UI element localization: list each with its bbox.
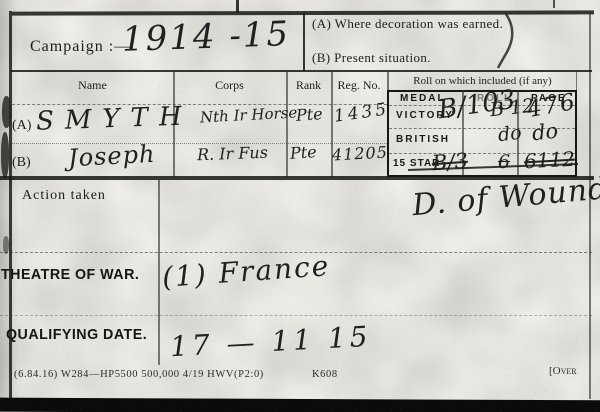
over-note: [Over xyxy=(549,365,577,377)
edge-tick-mark xyxy=(553,0,555,8)
corps-b-handwriting: R. Ir Fus xyxy=(197,145,268,163)
table-vline xyxy=(286,72,288,177)
print-code: (6.84.16) W284—HP5500 500,000 4/19 HWV(P… xyxy=(14,369,264,380)
reg-no-a-handwriting: 1435 xyxy=(333,101,390,126)
campaign-divider xyxy=(303,13,305,71)
action-taken-handwriting: D. of Wounds xyxy=(411,173,600,221)
roll-cell-right-border xyxy=(576,72,578,90)
surname-handwriting: SMYTH xyxy=(36,103,193,134)
note-a: (A) Where decoration was earned. xyxy=(312,16,503,32)
left-section-divider xyxy=(158,180,160,365)
col-header-corps: Corps xyxy=(173,78,286,93)
qualifying-date-label: QUALIFYING DATE. xyxy=(6,326,147,343)
col-header-reg-no: Reg. No. xyxy=(331,78,387,93)
ink-blotch xyxy=(1,132,9,178)
star-roll-handwriting: B/3 xyxy=(431,151,468,174)
campaign-label: Campaign :— xyxy=(30,38,131,56)
scan-bottom-band xyxy=(0,398,600,412)
theatre-of-war-label: THEATRE OF WAR. xyxy=(1,266,139,283)
medal-index-card-scan: Campaign :— 1914 -15 (A) Where decoratio… xyxy=(0,0,600,412)
row-a-marker: (A) xyxy=(12,118,31,134)
rank-a-handwriting: Pte xyxy=(295,106,323,124)
star-page-handwriting: 6112 xyxy=(524,149,576,172)
medal-row-british-label: BRITISH xyxy=(396,134,450,145)
british-roll-ditto-handwriting: do xyxy=(497,124,522,145)
roll-cell-left-border xyxy=(387,72,389,90)
star-roll2-handwriting: 6 xyxy=(498,153,510,172)
col-header-roll: Roll on which included (if any) xyxy=(390,75,575,87)
qualifying-date-handwriting: 17 — 11 15 xyxy=(169,323,372,362)
corps-a-handwriting: Nth Ir Horse xyxy=(200,105,298,125)
reg-no-b-handwriting: 41205 xyxy=(332,145,389,164)
col-header-name: Name xyxy=(12,78,173,93)
forename-handwriting: Joseph xyxy=(67,142,156,171)
print-code-2: K608 xyxy=(312,369,338,380)
card-behind-tab-mark xyxy=(236,0,239,13)
rank-b-handwriting: Pte xyxy=(289,144,317,162)
heavy-rule-under-names xyxy=(0,176,594,180)
ink-blotch xyxy=(2,96,11,128)
theatre-of-war-handwriting: (1) France xyxy=(161,252,331,292)
row-b-marker: (B) xyxy=(12,155,31,171)
header-top-rule xyxy=(11,70,592,72)
col-header-rank: Rank xyxy=(286,78,331,93)
action-taken-label: Action taken xyxy=(22,188,106,204)
british-page-ditto-handwriting: do xyxy=(531,121,559,145)
campaign-value-handwriting: 1914 -15 xyxy=(121,17,290,57)
note-b: (B) Present situation. xyxy=(312,50,431,66)
theatre-bottom-dash xyxy=(0,315,592,316)
